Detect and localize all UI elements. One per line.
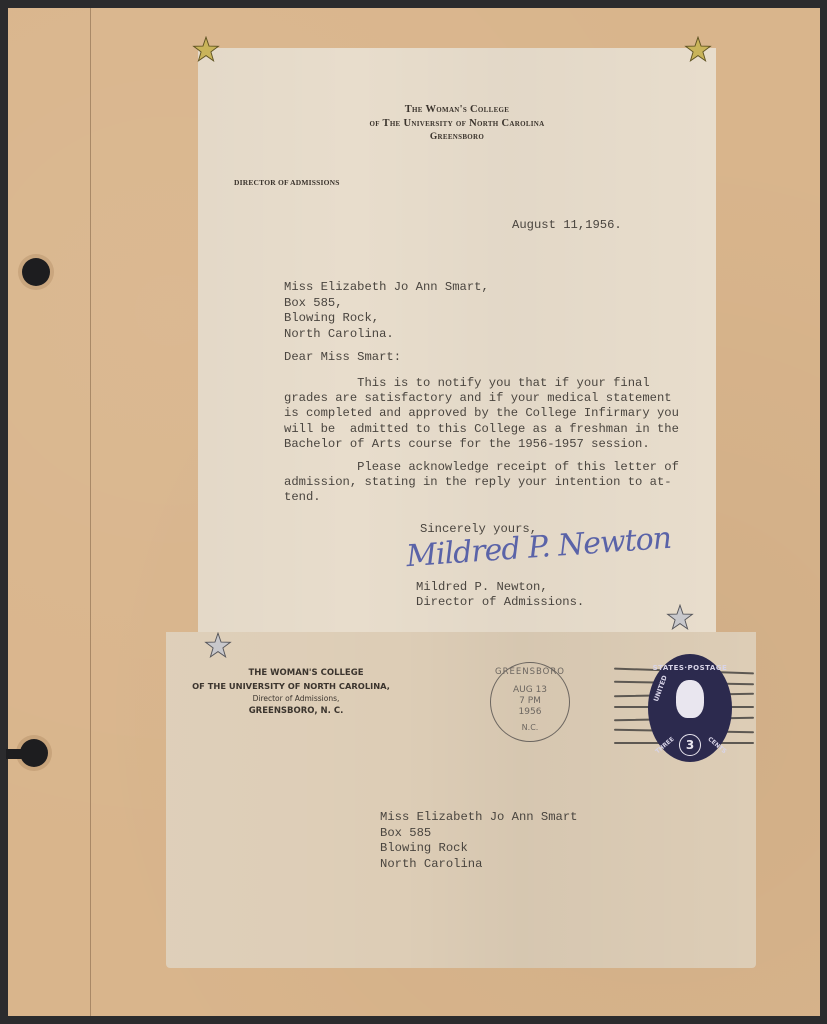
- signer-block: Mildred P. Newton, Director of Admission…: [416, 580, 584, 610]
- recipient-box: Box 585,: [284, 296, 489, 312]
- letter-date: August 11,1956.: [512, 218, 622, 232]
- recipient-state: North Carolina.: [284, 327, 489, 343]
- silver-star-icon: [204, 632, 232, 660]
- postmark-state: N.C.: [491, 723, 569, 732]
- envelope-recipient-city: Blowing Rock: [380, 841, 577, 857]
- postmark-date: AUG 13: [491, 685, 569, 696]
- body-paragraph-2: Please acknowledge receipt of this lette…: [284, 460, 679, 506]
- salutation: Dear Miss Smart:: [284, 350, 401, 364]
- page-hinge-line: [90, 8, 91, 1016]
- recipient-address: Miss Elizabeth Jo Ann Smart, Box 585, Bl…: [284, 280, 489, 342]
- envelope-recipient-state: North Carolina: [380, 857, 577, 873]
- postmark-city: GREENSBORO: [491, 667, 569, 677]
- gold-star-icon: [192, 36, 220, 64]
- postmark-datetime: AUG 13 7 PM 1956: [491, 685, 569, 718]
- signer-title: Director of Admissions.: [416, 595, 584, 610]
- envelope-recipient-box: Box 585: [380, 826, 577, 842]
- letterhead-line3: Greensboro: [198, 132, 716, 142]
- envelope: THE WOMAN'S COLLEGE OF THE UNIVERSITY OF…: [166, 632, 756, 968]
- gold-star-icon: [684, 36, 712, 64]
- stamp-denomination: 3: [679, 734, 701, 756]
- return-address-line1: THE WOMAN'S COLLEGE: [236, 668, 376, 678]
- return-address-line2: OF THE UNIVERSITY OF NORTH CAROLINA,: [176, 681, 406, 691]
- envelope-recipient-address: Miss Elizabeth Jo Ann Smart Box 585 Blow…: [380, 810, 577, 872]
- signer-name: Mildred P. Newton,: [416, 580, 584, 595]
- postmark-time: 7 PM: [491, 696, 569, 707]
- letterhead-line1: The Woman's College: [198, 104, 716, 115]
- binder-hole-top: [22, 258, 50, 286]
- envelope-recipient-name: Miss Elizabeth Jo Ann Smart: [380, 810, 577, 826]
- stamp-left-text: UNITED: [652, 674, 669, 702]
- body-paragraph-1: This is to notify you that if your final…: [284, 376, 679, 452]
- stamp-portrait-icon: [676, 680, 704, 718]
- stamp-top-text: STATES·POSTAGE: [648, 664, 732, 672]
- department-label: DIRECTOR OF ADMISSIONS: [234, 178, 340, 187]
- postmark-year: 1956: [491, 707, 569, 718]
- return-address-line4: GREENSBORO, N. C.: [226, 706, 366, 716]
- postage-stamp: STATES·POSTAGE UNITED 3 THREE CENTS: [648, 654, 732, 762]
- admission-letter: The Woman's College of The University of…: [198, 48, 716, 648]
- binder-hole-bottom: [20, 739, 48, 767]
- letterhead-line2: of The University of North Carolina: [198, 118, 716, 129]
- postmark: GREENSBORO AUG 13 7 PM 1956 N.C.: [490, 662, 570, 742]
- recipient-name: Miss Elizabeth Jo Ann Smart,: [284, 280, 489, 296]
- return-address-line3: Director of Admissions,: [226, 694, 366, 703]
- recipient-city: Blowing Rock,: [284, 311, 489, 327]
- silver-star-icon: [666, 604, 694, 632]
- stamp-bottom-left-text: THREE: [654, 736, 675, 755]
